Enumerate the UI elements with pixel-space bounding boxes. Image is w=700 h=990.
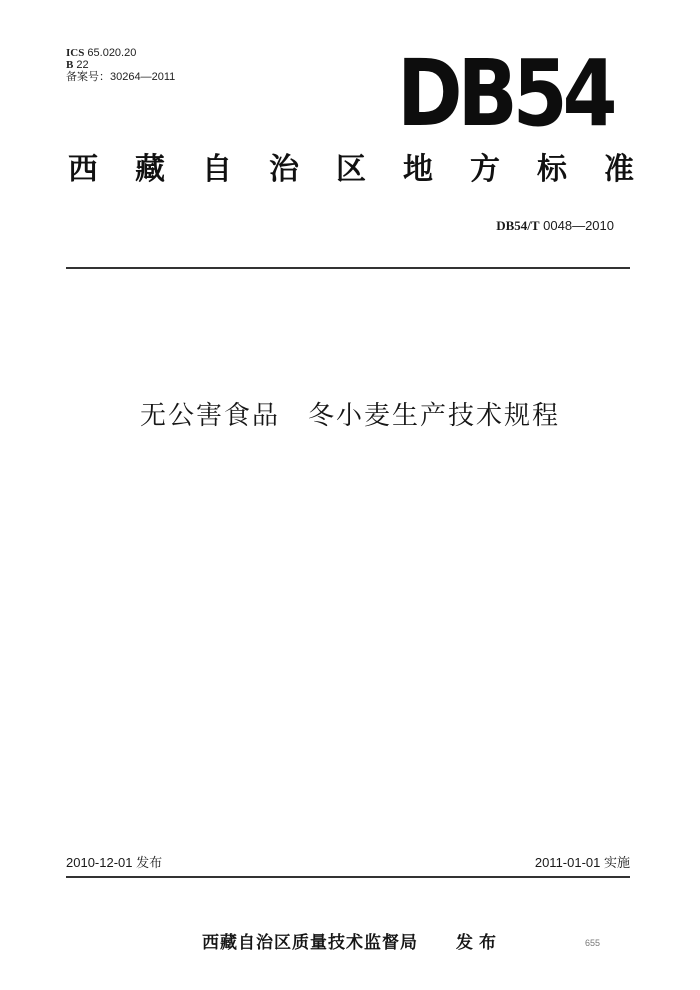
ccs-code: 22 xyxy=(76,59,88,71)
title-char: 治 xyxy=(269,150,299,190)
header-divider xyxy=(66,267,630,269)
filing-number-row: 备案号：30264—2011 xyxy=(66,71,175,83)
standard-type-title: 西 藏 自 治 区 地 方 标 准 xyxy=(68,150,634,190)
standard-number: DB54/T 0048—2010 xyxy=(496,218,614,234)
issued-label: 发布 xyxy=(456,928,502,953)
effective-date: 2011-01-01 实施 xyxy=(535,852,630,871)
title-char: 西 xyxy=(68,150,98,190)
title-char: 地 xyxy=(403,150,433,190)
title-char: 准 xyxy=(604,150,634,190)
ics-label: ICS xyxy=(66,47,84,59)
standard-number-value: 0048—2010 xyxy=(543,218,614,233)
title-char: 标 xyxy=(537,150,567,190)
filing-number: 30264—2011 xyxy=(110,71,175,83)
filing-label: 备案号： xyxy=(66,71,110,83)
issue-date: 2010-12-01 发布 xyxy=(66,852,162,871)
footer-divider xyxy=(66,876,630,878)
title-char: 自 xyxy=(202,150,232,190)
title-char: 方 xyxy=(470,150,500,190)
ics-code: 65.020.20 xyxy=(87,47,136,59)
standard-number-prefix: DB54/T xyxy=(496,218,539,233)
document-title: 无公害食品 冬小麦生产技术规程 xyxy=(0,396,700,436)
ccs-label: B xyxy=(66,59,73,71)
issuing-authority: 西藏自治区质量技术监督局 xyxy=(202,928,418,953)
page-number: 655 xyxy=(585,938,600,948)
title-char: 藏 xyxy=(135,150,165,190)
ccs-code-row: B 22 xyxy=(66,59,175,71)
db54-logo: DB54 xyxy=(397,58,597,130)
ics-code-row: ICS 65.020.20 xyxy=(66,47,175,59)
title-char: 区 xyxy=(336,150,366,190)
classification-meta: ICS 65.020.20 B 22 备案号：30264—2011 xyxy=(66,47,175,83)
